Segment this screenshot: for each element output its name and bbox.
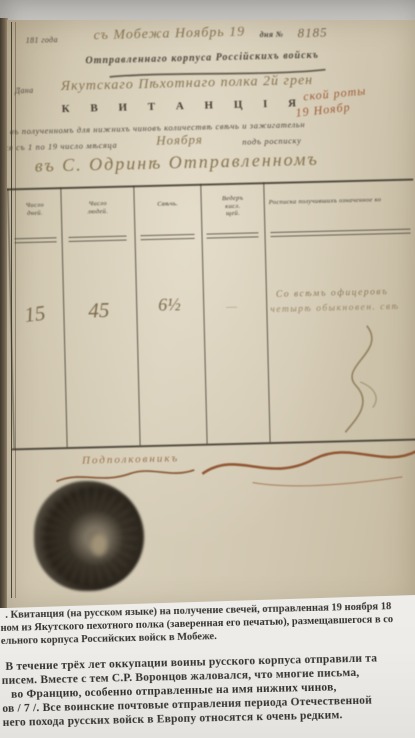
table-header-signature-col: Росписка получившихъ означенное ко: [269, 195, 415, 206]
subtitle-line2-prefix: ся съ 1 по 19 число мѣсяца: [4, 140, 117, 153]
table-column-divider: [7, 188, 14, 448]
subtitle-line2-suffix: подъ росписку: [242, 135, 301, 146]
receipt-document: 181 года съ Мобежа Ноябрь 19 дня № 8185 …: [7, 20, 415, 608]
caption-block: . Квитанция (на русском языке) на получе…: [0, 594, 415, 738]
table-top-rule: [5, 179, 413, 191]
subtitle-month-handwritten: Ноября: [156, 132, 203, 149]
place-date-handwritten: съ Мобежа Ноябрь 19: [93, 25, 245, 45]
receipt-note-line2: четырѣ обыкновен. свѣ: [270, 302, 399, 315]
round-ink-seal-icon: [34, 481, 144, 591]
book-page-photo: 181 года съ Мобежа Ноябрь 19 дня № 8185 …: [0, 0, 415, 738]
paraph-flourish: [329, 323, 392, 434]
receipt-note-line1: Со всѣмъ офицеровъ: [276, 287, 389, 300]
table-header-vedra: Ведеръ кисл. щей.: [204, 194, 263, 218]
header-underline: [270, 229, 410, 237]
seal-texture: [40, 487, 138, 585]
value-days: 15: [23, 301, 47, 328]
value-vedra: —: [226, 299, 237, 314]
table-header-days: Число дней.: [10, 201, 60, 217]
signature-handwritten: Подполковникъ: [82, 452, 179, 466]
header-underline: [206, 232, 258, 238]
table-column-divider: [60, 187, 67, 447]
table-header-candles: Свѣчь.: [137, 200, 199, 209]
header-underline: [15, 237, 57, 243]
table-column-divider: [133, 185, 140, 445]
place-line-handwritten: въ С. Одринѣ Отправленномъ: [35, 149, 320, 177]
header-underline: [69, 236, 127, 242]
caption-para1-line3: ельного корпуса Российских войск в Мобеж…: [1, 631, 217, 647]
table-column-divider: [200, 184, 207, 444]
year-printed: 181 года: [26, 35, 58, 45]
value-candles: 6½: [158, 294, 181, 316]
corps-line: Отправленнаго корпуса Россійскихъ войскъ: [2, 48, 402, 69]
seal-highlight: [91, 534, 107, 556]
given-handwritten: Якутскаго Пѣхотнаго полка 2й грен: [61, 73, 314, 95]
value-people: 45: [88, 298, 110, 324]
book-gutter-shadow: [0, 18, 8, 608]
header-underline: [140, 234, 194, 240]
document-number-handwritten: 8185: [297, 25, 327, 42]
table-header-people: Число людей.: [64, 199, 132, 216]
day-number-printed: дня №: [260, 30, 284, 40]
given-label: Дана: [15, 86, 34, 95]
